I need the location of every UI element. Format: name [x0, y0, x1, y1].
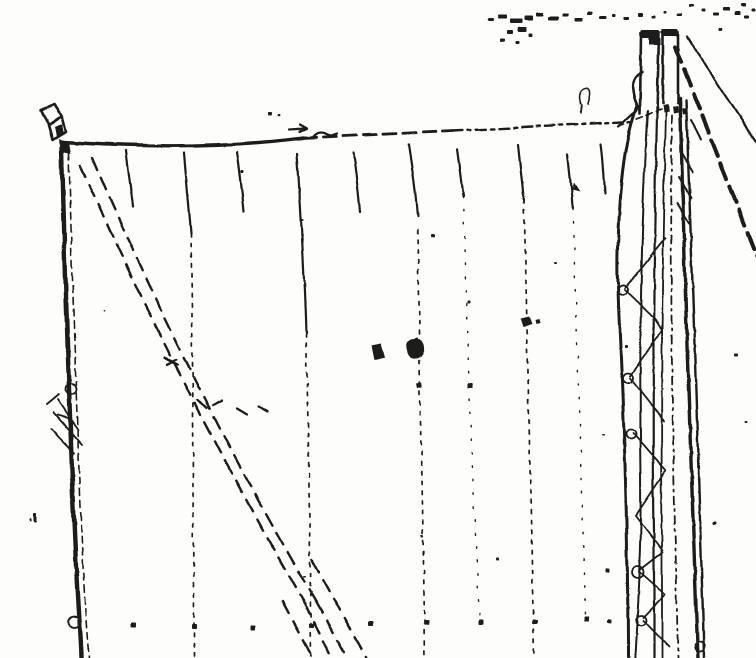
sail-head-chain [452, 121, 633, 130]
scatter-specks-mark [712, 521, 716, 524]
scatter-specks-mark [743, 420, 746, 422]
seam-tops-mark [125, 150, 132, 206]
mast-line-3 [652, 112, 656, 658]
pencil-marks [164, 124, 336, 413]
top-noise-band-mark [548, 16, 559, 20]
spar-diagonal-mark [686, 36, 756, 143]
scatter-specks-mark [604, 567, 608, 571]
top-noise-band-mark [712, 12, 718, 15]
seam-tops-mark [600, 143, 604, 192]
top-noise-band [487, 2, 755, 43]
cringle-blobs-mark [520, 315, 531, 326]
scatter-specks-mark [495, 556, 498, 559]
parrel-marks-mark [672, 105, 678, 113]
pennant-hook-mark [580, 105, 581, 113]
scatter-specks-mark [606, 618, 610, 622]
seam-dotted-mark [417, 230, 424, 658]
seam-faint-mark [462, 195, 479, 618]
top-noise-band-mark [740, 2, 745, 5]
scatter-specks-mark [277, 114, 280, 116]
top-noise-band-mark [718, 27, 722, 30]
scatter-specks-mark [103, 309, 105, 311]
cringle-blobs-mark [534, 318, 539, 323]
top-noise-band-mark [574, 17, 582, 20]
seam-dotted-mark [523, 199, 533, 658]
sail-drawing-svg [0, 0, 756, 658]
scatter-specks-mark [466, 300, 469, 303]
seam-tops-mark [456, 148, 462, 195]
mast-line-4 [661, 112, 665, 658]
seam-arrow-mark [571, 181, 579, 190]
reef-points-mark [308, 622, 313, 627]
pencil-marks-mark [236, 407, 246, 413]
top-noise-band-mark [509, 18, 522, 23]
pennant-hook [579, 87, 590, 113]
top-noise-band-mark [514, 40, 518, 43]
top-noise-band-mark [663, 10, 666, 13]
top-noise-band-mark [528, 33, 532, 36]
top-noise-band-mark [722, 6, 729, 10]
scatter-specks-mark [733, 352, 737, 355]
top-noise-band-mark [497, 14, 506, 18]
luff-ties-mark [57, 414, 67, 417]
mast-line-3-mark [652, 112, 656, 658]
halyard-chain-line-mark [670, 115, 677, 658]
seam-faint [462, 195, 584, 618]
spar-diagonal [686, 36, 756, 143]
scatter-specks-mark [430, 234, 434, 237]
top-noise-band-mark [562, 13, 568, 16]
top-noise-band-mark [734, 10, 740, 14]
pennant-hook-mark [579, 87, 590, 104]
halyard-chain-line [670, 115, 677, 658]
mast-lacing-mark [624, 238, 664, 287]
seam-tops-mark [408, 144, 417, 216]
reefing-line-dashed-mark [315, 601, 347, 658]
scanned-drawing-page [0, 0, 756, 658]
reef-points-mark [131, 622, 136, 627]
top-noise-band-mark [611, 13, 615, 16]
sail-head-solid [62, 137, 302, 145]
mast-lacing-mark [629, 330, 661, 375]
reef-points-mark [531, 618, 536, 623]
top-noise-band-mark [499, 38, 504, 41]
seam-faint-mark [572, 207, 584, 616]
scatter-specks-mark [267, 112, 271, 115]
cringle-blobs [370, 315, 539, 387]
sail-head-chain-mark [452, 121, 633, 130]
top-noise-band-mark [676, 13, 681, 16]
masthead-caps-mark [648, 38, 660, 44]
reef-points [131, 616, 588, 629]
seam-tops [125, 143, 604, 332]
top-noise-band-mark [536, 12, 543, 16]
sail-head-solid-mark [62, 137, 302, 145]
scatter-specks-mark [624, 344, 627, 347]
top-noise-band-mark [623, 16, 629, 19]
cringle-blobs-mark [370, 343, 384, 360]
masthead-caps-mark [640, 30, 658, 38]
mast-lacing-mark [624, 289, 661, 330]
top-noise-band-mark [744, 14, 749, 17]
top-noise-band-mark [638, 12, 643, 16]
reefing-line-dashed-mark [91, 157, 315, 601]
parrel-marks-mark [662, 103, 669, 112]
top-noise-band-mark [701, 8, 705, 11]
scatter-specks-mark [420, 535, 423, 537]
top-noise-band-mark [751, 7, 755, 10]
reef-points-mark [583, 616, 588, 621]
top-noise-band-mark [586, 11, 591, 14]
seam-tops-mark [517, 144, 523, 199]
seam-tops-mark [296, 153, 305, 332]
scatter-specks-mark [553, 261, 556, 263]
seam-tops-mark [567, 153, 572, 207]
cringle-blobs-mark [416, 381, 422, 387]
scatter-specks-mark [601, 433, 604, 435]
top-noise-band-mark [517, 27, 526, 32]
cringle-blobs-mark [466, 382, 471, 387]
scatter-specks-mark [33, 512, 36, 521]
masthead-hatching-mark [690, 120, 700, 138]
mast-lacing-mark [642, 620, 668, 647]
mast-line-4-mark [661, 112, 665, 658]
mast-lacing-mark [629, 377, 663, 420]
top-noise-band-mark [487, 17, 493, 20]
seam-dotted [190, 199, 533, 658]
reef-points-mark [250, 624, 255, 629]
scatter-specks-mark [302, 575, 305, 577]
masthead-posts-mark [661, 32, 677, 102]
seam-tops-mark [236, 151, 243, 212]
reef-points-mark [191, 623, 196, 628]
drawing-root [29, 2, 756, 658]
pencil-marks-mark [212, 399, 221, 404]
seam-dotted-mark [190, 232, 193, 658]
top-noise-band-mark [506, 30, 512, 34]
top-noise-band-mark [524, 15, 533, 20]
pencil-marks-mark [258, 405, 267, 410]
seam-arrow-mark-mark [571, 181, 579, 190]
reefing-line-dashed [79, 157, 366, 658]
scatter-specks-mark [29, 517, 31, 520]
seam-tops-mark [352, 151, 359, 212]
reef-points-mark [423, 620, 428, 625]
top-noise-band-mark [688, 3, 693, 6]
masthead-caps-mark [661, 29, 677, 36]
mast-lacing-mark [639, 552, 662, 570]
reef-points-mark [367, 620, 372, 625]
seam-tops-mark [183, 152, 190, 232]
top-noise-band-mark [598, 15, 605, 18]
top-noise-band-mark [651, 15, 655, 18]
reef-points-mark [478, 619, 483, 624]
scatter-specks-mark [240, 169, 243, 172]
